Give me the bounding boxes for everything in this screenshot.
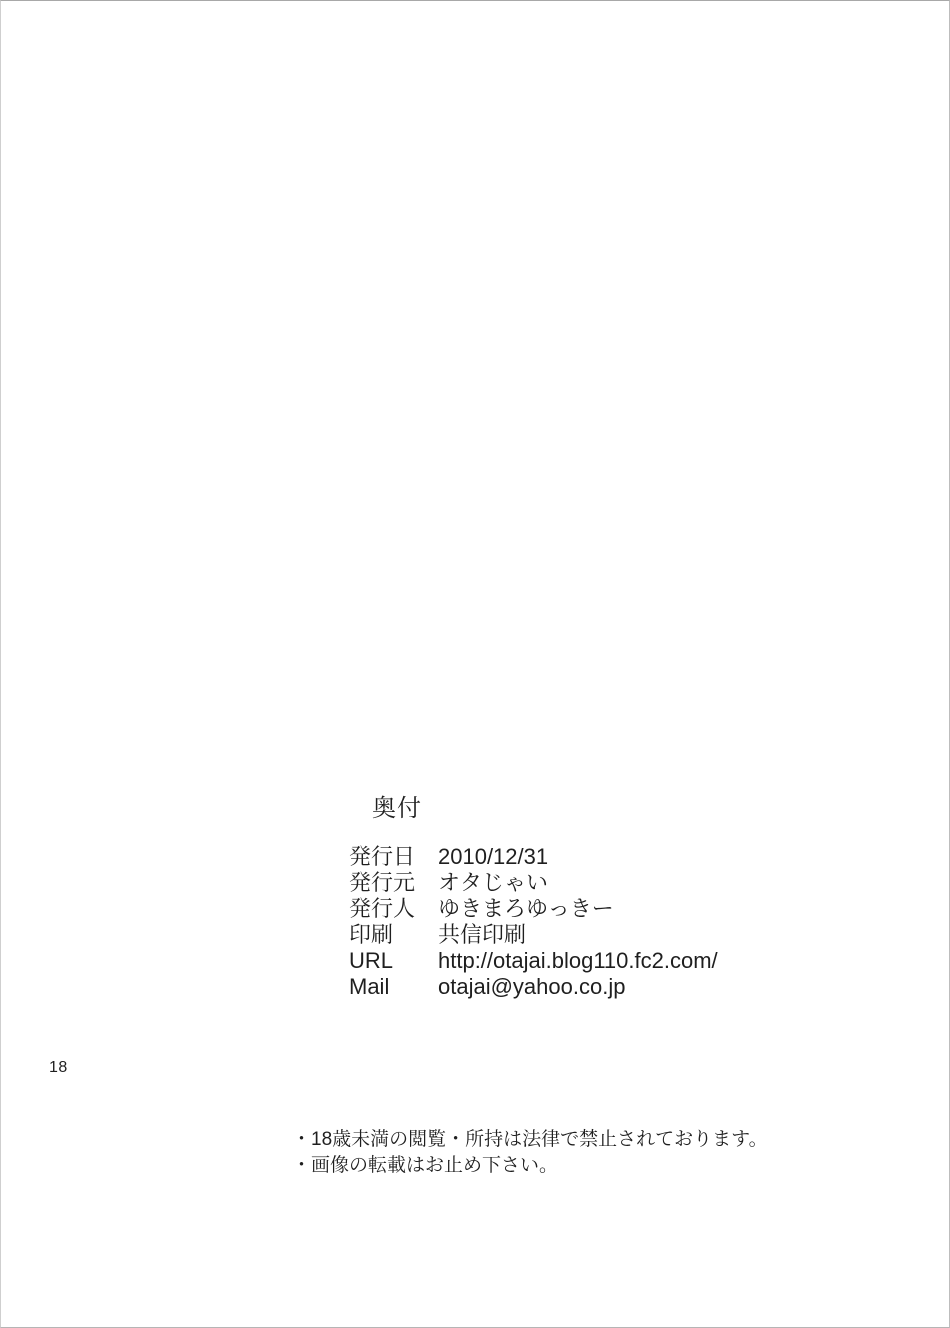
colophon-block: 発行日 2010/12/31 発行元 オタじゃい 発行人 ゆきまろゆっきー 印刷… bbox=[349, 844, 718, 1000]
colophon-row-publish-date: 発行日 2010/12/31 bbox=[349, 844, 718, 870]
notice-age-restriction: ・18歳未満の閲覧・所持は法律で禁止されております。 bbox=[292, 1127, 768, 1153]
colophon-label: 発行元 bbox=[349, 870, 438, 896]
colophon-row-printer: 印刷 共信印刷 bbox=[349, 922, 718, 948]
colophon-row-url: URL http://otajai.blog110.fc2.com/ bbox=[349, 948, 718, 974]
colophon-row-publisher: 発行元 オタじゃい bbox=[349, 870, 718, 896]
colophon-label: 印刷 bbox=[349, 922, 438, 948]
colophon-value: オタじゃい bbox=[438, 870, 548, 896]
colophon-label: Mail bbox=[349, 974, 438, 1000]
page-title: 奥付 bbox=[372, 788, 422, 823]
colophon-value: 2010/12/31 bbox=[438, 844, 548, 870]
colophon-row-mail: Mail otajai@yahoo.co.jp bbox=[349, 974, 718, 1000]
colophon-label: URL bbox=[349, 948, 438, 974]
colophon-url-text: http://otajai.blog110.fc2.com/ bbox=[438, 948, 718, 974]
colophon-label: 発行人 bbox=[349, 896, 438, 922]
notice-no-repost: ・画像の転載はお止め下さい。 bbox=[292, 1153, 768, 1179]
notices-block: ・18歳未満の閲覧・所持は法律で禁止されております。 ・画像の転載はお止め下さい… bbox=[292, 1127, 768, 1179]
colophon-label: 発行日 bbox=[349, 844, 438, 870]
scanned-colophon-page: 奥付 発行日 2010/12/31 発行元 オタじゃい 発行人 ゆきまろゆっきー… bbox=[0, 0, 950, 1328]
colophon-row-author: 発行人 ゆきまろゆっきー bbox=[349, 896, 718, 922]
colophon-value: 共信印刷 bbox=[438, 922, 526, 948]
page-number: 18 bbox=[49, 1059, 68, 1077]
colophon-value: ゆきまろゆっきー bbox=[438, 896, 614, 922]
colophon-mail-text: otajai@yahoo.co.jp bbox=[438, 974, 625, 1000]
